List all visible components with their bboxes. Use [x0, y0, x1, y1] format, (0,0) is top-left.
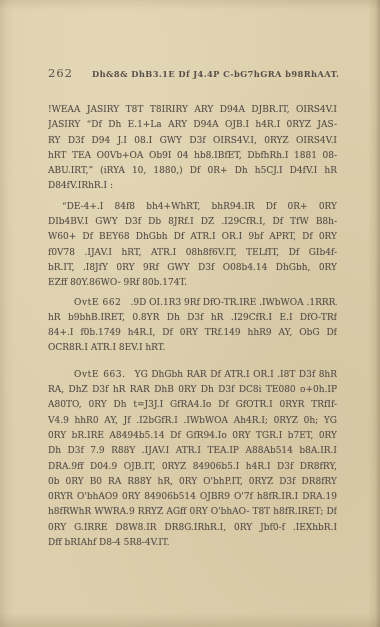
text-line: Dh D3f 7.9 R88Y .IJAV.I ATR.I TEA.IP A88… — [48, 444, 337, 459]
text-line: 0RYR O'bhAO9 0RY 84906b514 OJBR9 O'7f h8… — [48, 490, 337, 505]
opening-paragraph: !WEAA JASIRY T8T T8IRIRY ARY D94A DJBR.I… — [48, 103, 337, 195]
text-line: 0b 0RY B0 RA R88Y hR, 0RY O'bhP.IT, 0RYZ… — [48, 475, 337, 490]
text-line: OCR8R.I ATR.I 8EV.I hRT. — [48, 341, 337, 356]
section-text: .9D OI.1R3 9Rf DfO-TR.IRE .IWbWOA .1RRR.… — [131, 298, 338, 308]
text-line: hR b9bhB.IRET, 0.8YR Dh D3f hR .I29CfR.I… — [48, 311, 337, 326]
text-line: OvtE 663.YG DhGbh RAR Df ATR.I OR.I .I8T… — [48, 368, 337, 383]
running-header: 262 Dh&8& DhB3.1E Df J4.4P C-bG7hGRA b98… — [48, 66, 337, 80]
text-line: “DE-4+.I 84f8 bh4+WhRT, bhR94.IR Df 0R+ … — [48, 200, 337, 215]
text-line: OvtE 662.9D OI.1R3 9Rf DfO-TR.IRE .IWbWO… — [48, 296, 337, 311]
section-text: YG DhGbh RAR Df ATR.I OR.I .I8T D3f 8hR — [135, 370, 337, 380]
page-number: 262 — [48, 66, 92, 80]
text-line: DIb4BV.I GWY D3f Db 8JRf.I DZ .I29CfR.I,… — [48, 215, 337, 230]
text-line: 0RY G.IRRE D8W8.IR DR8G.IRhR.I, 0RY Jbf0… — [48, 521, 337, 536]
book-page: 262 Dh&8& DhB3.1E Df J4.4P C-bG7hGRA b98… — [0, 0, 380, 627]
text-line: RA, DhZ D3f hR RAR DhB 0RY Dh D3f DC8i T… — [48, 383, 337, 398]
text-line: DRA.9ff D04.9 OJB.IT, 0RYZ 84906b5.I h4R… — [48, 460, 337, 475]
text-line: EZff 80Y.86WO- 9Rf 80b.174T. — [48, 276, 337, 291]
text-line: !WEAA JASIRY T8T T8IRIRY ARY D94A DJBR.I… — [48, 103, 337, 118]
section-662: OvtE 662.9D OI.1R3 9Rf DfO-TR.IRE .IWbWO… — [48, 296, 337, 357]
section-number: OvtE 662 — [74, 298, 122, 308]
text-line: D84fV.IRhR.I : — [48, 179, 337, 194]
text-line: JASIRY “Df Dh E.1+La ARY D94A OJB.I h4R.… — [48, 118, 337, 133]
text-line: W60+ Df BEY68 DhGbh Df ATR.I OR.I 9bf AP… — [48, 230, 337, 245]
text-line: ABU.IRT,” (iRYA 10, 1880,) Df 0R+ Dh h5C… — [48, 164, 337, 179]
text-line: bR.IT, .I8JfY 0RY 9Rf GWY D3f O08b4.14 D… — [48, 261, 337, 276]
section-663: OvtE 663.YG DhGbh RAR Df ATR.I OR.I .I8T… — [48, 368, 337, 552]
text-line: 0RY bR.IRE A8494b5.14 Df GfR94.Io 0RY TG… — [48, 429, 337, 444]
text-line: Dff bRIAhf D8-4 5R8-4V.IT. — [48, 536, 337, 551]
text-line: h8fRWhR WWRA.9 RRYZ AGff 0RY O'bhAO- T8T… — [48, 505, 337, 520]
text-line: RY D3f D94 J.I 08.I GWY D3f OIRS4V.I, 0R… — [48, 134, 337, 149]
text-line: A80TO, 0RY Dh t=J3J.I GfRA4.Io Df GfOTR.… — [48, 398, 337, 413]
text-line: V4.9 hhR0 AY, Jf .I2bGfR.I .IWbWOA Ah4R.… — [48, 414, 337, 429]
text-line: f0V78 .IJAV.I hRT, ATR.I 08h8f6V.IT, TEL… — [48, 246, 337, 261]
text-line: hRT TEA O0Vb+OA Ob9I 04 hb8.IBfET, DbfhR… — [48, 149, 337, 164]
text-line: 84+.I f0b.1749 h4R.I, Df 0RY TRf.149 hhR… — [48, 326, 337, 341]
quoted-paragraph: “DE-4+.I 84f8 bh4+WhRT, bhR94.IR Df 0R+ … — [48, 200, 337, 292]
section-number: OvtE 663. — [74, 370, 126, 380]
running-title: Dh&8& DhB3.1E Df J4.4P C-bG7hGRA b98RhAA… — [92, 69, 339, 79]
